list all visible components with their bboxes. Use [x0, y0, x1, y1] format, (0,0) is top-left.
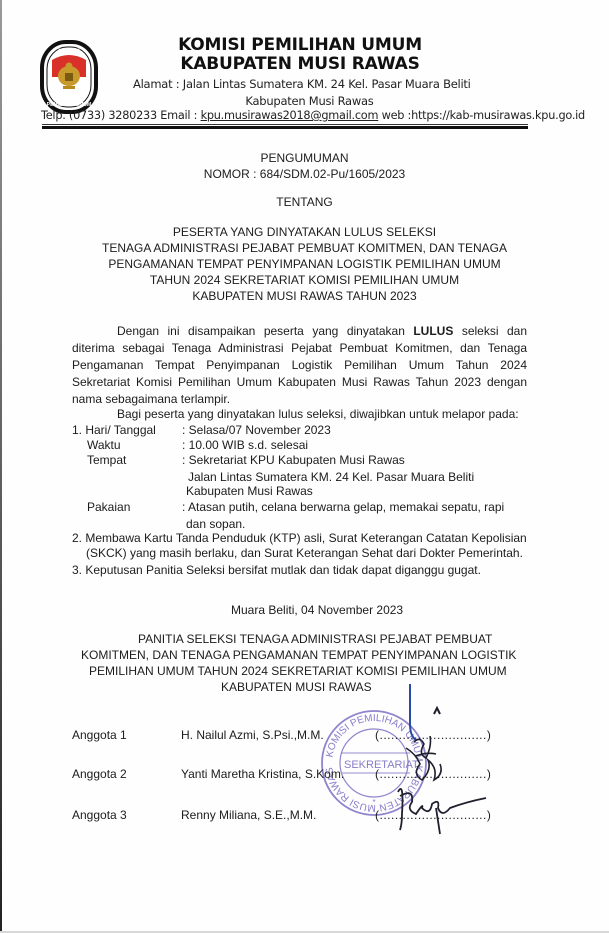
- member-role: Anggota 3: [72, 808, 127, 822]
- letterhead-contact-line: Telp. (0733) 3280233 Email : kpu.musiraw…: [41, 109, 585, 122]
- email-link[interactable]: kpu.musirawas2018@gmail.com: [201, 109, 379, 122]
- item-value-time: : 10.00 WIB s.d. selesai: [182, 438, 308, 452]
- subject-line: TAHUN 2024 SEKRETARIAT KOMISI PEMILIHAN …: [0, 273, 609, 287]
- committee-line: PANITIA SELEKSI TENAGA ADMINISTRASI PEJA…: [138, 632, 492, 646]
- body-paragraph-1: Dengan ini disampaikan peserta yang diny…: [72, 323, 527, 408]
- member-role: Anggota 2: [72, 767, 127, 781]
- subject-line: TENAGA ADMINISTRASI PEJABAT PEMBUAT KOMI…: [0, 241, 609, 255]
- para1-text-before: Dengan ini disampaikan peserta yang diny…: [117, 324, 413, 338]
- item-label-date: 1. Hari/ Tanggal: [72, 423, 156, 437]
- member-name: Yanti Maretha Kristina, S.Kom.: [181, 767, 344, 781]
- subject-line: KABUPATEN MUSI RAWAS TAHUN 2023: [0, 289, 609, 303]
- member-name: H. Nailul Azmi, S.Psi.,M.M.: [181, 728, 324, 742]
- letterhead-divider-thin: [42, 124, 528, 125]
- body-paragraph-2: Bagi peserta yang dinyatakan lulus selek…: [117, 407, 519, 421]
- member-name: Renny Miliana, S.E.,M.M.: [181, 808, 316, 822]
- committee-line: PEMILIHAN UMUM TAHUN 2024 SEKRETARIAT KO…: [89, 664, 507, 678]
- svg-text:KOMISI: KOMISI: [58, 49, 80, 55]
- letterhead-address-line2: Kabupaten Musi Rawas: [0, 94, 609, 108]
- committee-line: KOMITMEN, DAN TENAGA PENGAMANAN TEMPAT P…: [81, 648, 516, 662]
- para1-bold-lulus: LULUS: [413, 324, 453, 338]
- item-value-attire-cont: dan sopan.: [186, 517, 245, 531]
- announcement-type: PENGUMUMAN: [0, 151, 609, 165]
- item-value-place-regency: Kabupaten Musi Rawas: [186, 484, 313, 498]
- phone-text: Telp. (0733) 3280233 Email :: [41, 109, 201, 122]
- letterhead-divider-thick: [42, 126, 528, 129]
- subject-line: PESERTA YANG DINYATAKAN LULUS SELEKSI: [0, 225, 609, 239]
- scan-edge-shadow: [0, 0, 2, 933]
- place-date: Muara Beliti, 04 November 2023: [231, 603, 403, 617]
- letterhead-title-line2: KABUPATEN MUSI RAWAS: [90, 54, 510, 74]
- item-value-place: : Sekretariat KPU Kabupaten Musi Rawas: [182, 453, 405, 467]
- item-label-attire: Pakaian: [87, 500, 130, 514]
- letterhead-title-line1: KOMISI PEMILIHAN UMUM: [90, 35, 510, 55]
- document-page: KOMISI PEMILIHAN UMUM KOMISI PEMILIHAN U…: [0, 0, 609, 933]
- letterhead-address-line1: Alamat : Jalan Lintas Sumatera KM. 24 Ke…: [133, 77, 471, 91]
- member-role: Anggota 1: [72, 728, 127, 742]
- handwritten-signatures-icon: [360, 684, 490, 844]
- point-2-line-2: (SKCK) yang masih berlaku, dan Surat Ket…: [86, 546, 523, 560]
- point-3: 3. Keputusan Panitia Seleksi bersifat mu…: [72, 563, 481, 577]
- web-text: web :https://kab-musirawas.kpu.go.id: [378, 109, 585, 122]
- item-label-time: Waktu: [87, 438, 121, 452]
- announcement-number: NOMOR : 684/SDM.02-Pu/1605/2023: [0, 167, 609, 181]
- item-value-date: : Selasa/07 November 2023: [182, 423, 331, 437]
- point-2-line-1: 2. Membawa Kartu Tanda Penduduk (KTP) as…: [72, 531, 527, 545]
- committee-line: KABUPATEN MUSI RAWAS: [221, 680, 372, 694]
- item-value-place-address: Jalan Lintas Sumatera KM. 24 Kel. Pasar …: [188, 470, 474, 484]
- item-label-place: Tempat: [87, 453, 126, 467]
- announcement-about: TENTANG: [0, 195, 609, 209]
- item-value-attire: : Atasan putih, celana berwarna gelap, m…: [182, 500, 504, 514]
- subject-line: PENGAMANAN TEMPAT PENYIMPANAN LOGISTIK P…: [0, 257, 609, 271]
